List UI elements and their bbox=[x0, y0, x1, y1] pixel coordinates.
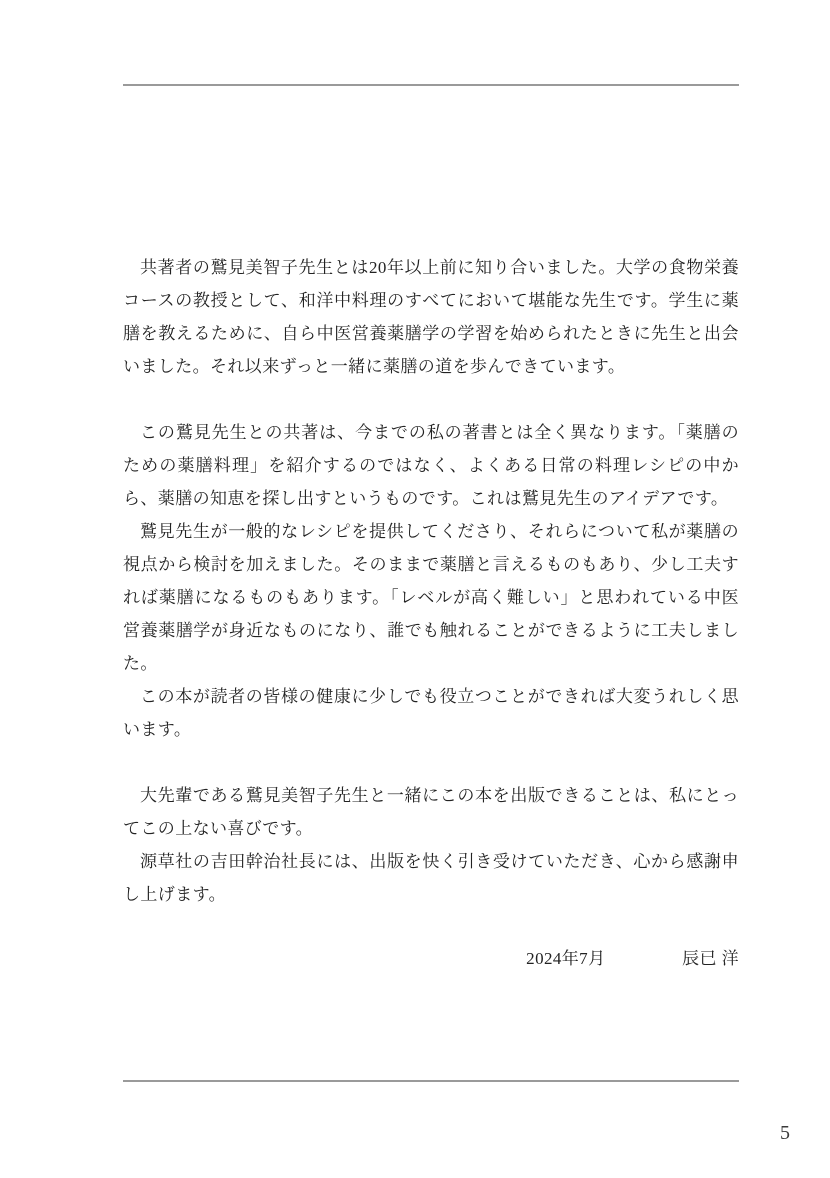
paragraph-3: 鷲見先生が一般的なレシピを提供してくださり、それらについて私が薬膳の視点から検討… bbox=[123, 515, 739, 680]
paragraph-2: この鷲見先生との共著は、今までの私の著書とは全く異なります。「薬膳のための薬膳料… bbox=[123, 416, 739, 515]
book-page: 共著者の鷲見美智子先生とは20年以上前に知り合いました。大学の食物栄養コースの教… bbox=[0, 0, 830, 1178]
signature-author: 辰已 洋 bbox=[682, 949, 739, 968]
top-divider-rule bbox=[123, 84, 739, 86]
paragraph-1: 共著者の鷲見美智子先生とは20年以上前に知り合いました。大学の食物栄養コースの教… bbox=[123, 251, 739, 383]
paragraph-6: 源草社の吉田幹治社長には、出版を快く引き受けていただき、心から感謝申し上げます。 bbox=[123, 845, 739, 911]
bottom-divider-rule bbox=[123, 1080, 739, 1082]
signature-line: 2024年7月 辰已 洋 bbox=[123, 942, 739, 975]
page-number: 5 bbox=[780, 1119, 790, 1147]
afterword-body: 共著者の鷲見美智子先生とは20年以上前に知り合いました。大学の食物栄養コースの教… bbox=[123, 251, 739, 975]
paragraph-4: この本が読者の皆様の健康に少しでも役立つことができれば大変うれしく思います。 bbox=[123, 680, 739, 746]
paragraph-5: 大先輩である鷲見美智子先生と一緒にこの本を出版できることは、私にとってこの上ない… bbox=[123, 779, 739, 845]
signature-date: 2024年7月 bbox=[526, 949, 605, 968]
